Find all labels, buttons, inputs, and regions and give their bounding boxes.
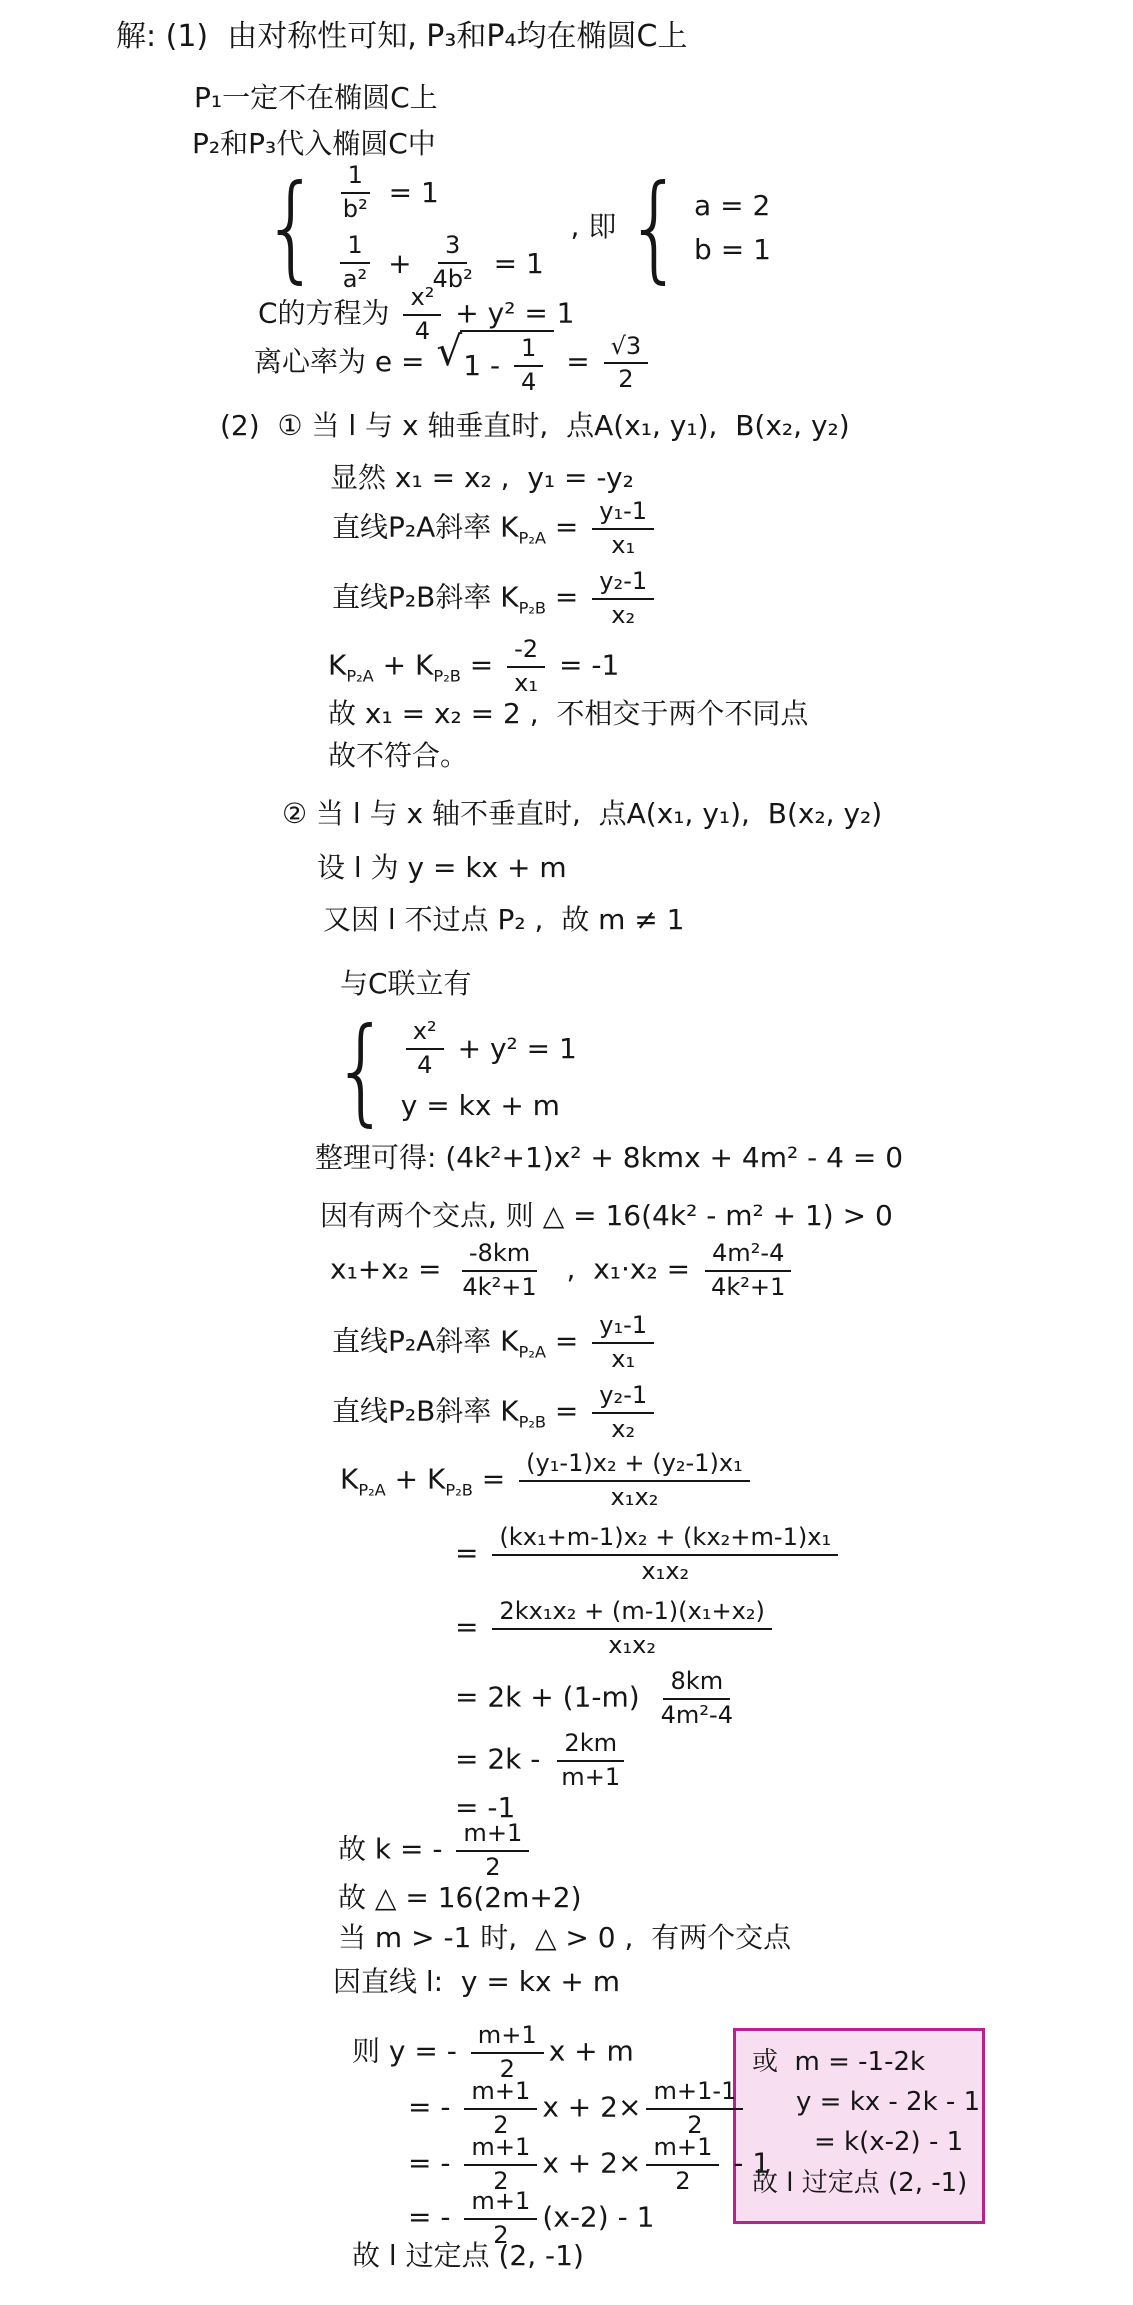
math-line-33: 因直线 l: y = kx + m <box>333 1964 620 1999</box>
fraction: m+12 <box>471 2022 544 2083</box>
fraction: √32 <box>604 333 649 394</box>
math-line-19: 整理可得: (4k²+1)x² + 8kmx + 4m² - 4 = 0 <box>315 1140 903 1175</box>
text-run: 或 m = -1-2k <box>752 2047 925 2077</box>
radicand: 1 - 14 <box>460 330 554 396</box>
math-line-16: 又因 l 不过点 P₂ , 故 m ≠ 1 <box>323 902 684 937</box>
text-run: (y₁-1)x₂ + (y₂-1)x₁ <box>526 1449 743 1477</box>
fraction-numerator: 1 <box>341 162 370 194</box>
math-line-18: {x²4 + y² = 1y = kx + m <box>332 1018 577 1123</box>
text-run: = <box>546 1325 587 1358</box>
text-run: m+1 <box>653 2133 712 2161</box>
system-brace-icon: { <box>262 176 321 280</box>
radical-sign: √ <box>436 330 462 373</box>
system-row: a = 2 <box>694 188 770 223</box>
fraction-numerator: m+1 <box>464 2078 537 2110</box>
note-line-1: 或 m = -1-2k <box>752 2047 966 2078</box>
text-run: 直线P₂B斜率 K <box>332 1395 519 1428</box>
text-run: K <box>328 649 346 682</box>
fraction: 2kmm+1 <box>554 1730 627 1791</box>
text-run: 4m²-4 <box>712 1239 784 1267</box>
subscript: P₂A <box>519 1342 546 1361</box>
text-run: 1 <box>521 334 536 362</box>
text-run: = 2k + (1-m) <box>455 1681 649 1714</box>
system-rows: 1b² = 11a² + 34b² = 1 <box>331 162 544 294</box>
text-run: , x₁·x₂ = <box>549 1253 699 1286</box>
fraction: 14 <box>514 335 543 396</box>
subscript: P₂B <box>445 1480 472 1499</box>
text-run: 8km <box>670 1667 723 1695</box>
math-line-35: = - m+12x + 2×m+1-12 <box>408 2078 748 2139</box>
text-run: 故 △ = 16(2m+2) <box>338 1881 582 1914</box>
text-run: 2 <box>485 1853 500 1881</box>
text-run: y₂-1 <box>599 1381 647 1409</box>
math-line-24: KP₂A + KP₂B = (y₁-1)x₂ + (y₂-1)x₁x₁x₂ <box>340 1450 755 1511</box>
text-run: = <box>461 649 502 682</box>
text-run: m+1 <box>471 2133 530 2161</box>
math-line-11: KP₂A + KP₂B = -2x₁ = -1 <box>328 636 619 697</box>
text-run: = - <box>408 2147 459 2180</box>
fraction-numerator: y₂-1 <box>592 1382 654 1414</box>
fraction: 8km4m²-4 <box>654 1668 740 1729</box>
note-line-2: y = kx - 2k - 1 <box>796 2087 966 2118</box>
fraction-numerator: 1 <box>340 232 369 264</box>
fraction-numerator: (kx₁+m-1)x₂ + (kx₂+m-1)x₁ <box>492 1524 838 1556</box>
subscript: P₂B <box>519 1412 546 1431</box>
text-run: m+1 <box>463 1819 522 1847</box>
fraction-denominator: 2 <box>478 1852 507 1882</box>
math-line-32: 当 m > -1 时, △ > 0 , 有两个交点 <box>338 1920 791 1955</box>
fraction-denominator: x₁x₂ <box>601 1630 663 1660</box>
text-run: x² <box>410 283 434 311</box>
text-run: = <box>546 1395 587 1428</box>
math-line-1: 解: (1) 由对称性可知, P₃和P₄均在椭圆C上 <box>116 18 687 56</box>
text-run: x₁ <box>514 669 538 697</box>
text-run: 3 <box>445 231 460 259</box>
fraction: m+12 <box>646 2134 719 2195</box>
fraction-denominator: x₁x₂ <box>634 1556 696 1586</box>
fraction: 4m²-44k²+1 <box>704 1240 792 1301</box>
note-line-3: = k(x-2) - 1 <box>814 2127 966 2158</box>
text-run: 4 <box>521 368 536 396</box>
text-run: y₂-1 <box>599 567 647 595</box>
text-run: 离心率为 e = <box>254 345 433 378</box>
fraction-denominator: 4 <box>410 1050 439 1080</box>
text-run: 直线P₂A斜率 K <box>332 1325 519 1358</box>
text-run: 故 l 过定点 (2, -1) <box>752 2168 967 2198</box>
fraction-numerator: y₁-1 <box>592 1312 654 1344</box>
fraction: (kx₁+m-1)x₂ + (kx₂+m-1)x₁x₁x₂ <box>492 1524 838 1585</box>
fraction-numerator: x² <box>403 284 441 316</box>
subscript: P₂A <box>346 666 373 685</box>
system-rows: x²4 + y² = 1y = kx + m <box>401 1018 577 1123</box>
text-run: 与C联立有 <box>340 967 472 1000</box>
fraction: 2kx₁x₂ + (m-1)(x₁+x₂)x₁x₂ <box>492 1598 772 1659</box>
fraction-numerator: x² <box>406 1018 444 1050</box>
text-run: 2kx₁x₂ + (m-1)(x₁+x₂) <box>499 1597 765 1625</box>
fraction: y₂-1x₂ <box>592 1382 654 1443</box>
fraction-denominator: 4m²-4 <box>654 1700 740 1730</box>
fraction-denominator: 4k²+1 <box>704 1272 792 1302</box>
text-run: y₁-1 <box>599 1311 647 1339</box>
fraction-denominator: x₁ <box>604 530 642 560</box>
fraction-denominator: b² <box>336 194 375 224</box>
math-line-12: 故 x₁ = x₂ = 2 , 不相交于两个不同点 <box>328 696 808 731</box>
fraction-numerator: m+1 <box>471 2022 544 2054</box>
fraction-denominator: x₁x₂ <box>604 1482 666 1512</box>
text-run: 故不符合。 <box>328 739 468 772</box>
note-line-4: 故 l 过定点 (2, -1) <box>752 2168 966 2199</box>
fraction-numerator: 1 <box>514 335 543 367</box>
subscript: P₂B <box>519 598 546 617</box>
text-run: = <box>546 511 587 544</box>
text-run: 又因 l 不过点 P₂ , 故 m ≠ 1 <box>323 903 684 936</box>
text-run: + y² = 1 <box>449 1031 577 1066</box>
fraction-numerator: m+1-1 <box>646 2078 743 2110</box>
text-run: 2km <box>564 1729 617 1757</box>
text-run: x₂ <box>611 601 635 629</box>
equation-system: {1b² = 11a² + 34b² = 1 <box>262 162 544 294</box>
text-run: 显然 x₁ = x₂ , y₁ = -y₂ <box>330 461 634 494</box>
system-row: x²4 + y² = 1 <box>401 1018 577 1079</box>
math-line-27: = 2k + (1-m) 8km4m²-4 <box>455 1668 745 1729</box>
text-run: = -1 <box>550 649 619 682</box>
text-run: = <box>455 1537 487 1570</box>
fraction: -2x₁ <box>507 636 545 697</box>
text-run: 故 k = - <box>338 1833 451 1866</box>
text-run: = 2k - <box>455 1743 549 1776</box>
fraction: y₁-1x₁ <box>592 498 654 559</box>
fraction-denominator: m+1 <box>554 1762 627 1792</box>
math-line-2: P₁一定不在椭圆C上 <box>194 80 438 115</box>
text-run: 因有两个交点, 则 △ = 16(4k² - m² + 1) > 0 <box>320 1199 893 1232</box>
fraction-denominator: x₂ <box>604 600 642 630</box>
system-row: y = kx + m <box>401 1088 560 1123</box>
text-run: -8km <box>469 1239 530 1267</box>
text-run: m+1-1 <box>653 2077 736 2105</box>
text-run: P₁一定不在椭圆C上 <box>194 81 438 114</box>
text-run: x₂ <box>611 1415 635 1443</box>
fraction: m+12 <box>464 2078 537 2139</box>
text-run: 设 l 为 y = kx + m <box>317 851 567 884</box>
text-run: 1 - <box>463 348 509 383</box>
text-run: K <box>340 1463 358 1496</box>
text-run: = 1 <box>485 246 544 281</box>
system-rows: a = 2b = 1 <box>694 188 771 267</box>
text-run: 2 <box>618 365 633 393</box>
text-run: a = 2 <box>694 188 770 223</box>
text-run: (x-2) - 1 <box>542 2201 654 2234</box>
text-run: x₁ <box>611 1345 635 1373</box>
text-run: 解: (1) 由对称性可知, P₃和P₄均在椭圆C上 <box>116 19 687 54</box>
math-line-6: 离心率为 e = √1 - 14 = √32 <box>254 330 653 396</box>
text-run: = <box>557 345 598 378</box>
text-run: x₁x₂ <box>611 1483 659 1511</box>
math-line-28: = 2k - 2kmm+1 <box>455 1730 632 1791</box>
fraction-denominator: x₁ <box>507 668 545 698</box>
text-run: + K <box>374 649 434 682</box>
fraction-numerator: √3 <box>604 333 649 365</box>
math-line-23: 直线P₂B斜率 KP₂B = y₂-1x₂ <box>332 1382 659 1443</box>
text-run: x₁ <box>611 531 635 559</box>
system-brace-icon: { <box>625 176 684 280</box>
fraction: 1b² <box>336 162 375 223</box>
text-run: m+1 <box>471 2187 530 2215</box>
fraction: m+12 <box>456 1820 529 1881</box>
text-run: + <box>379 246 420 281</box>
fraction-numerator: 2kx₁x₂ + (m-1)(x₁+x₂) <box>492 1598 772 1630</box>
subscript: P₂B <box>433 666 460 685</box>
math-line-36: = - m+12x + 2×m+12 - 1 <box>408 2134 770 2195</box>
math-line-34: 则 y = - m+12x + m <box>352 2022 634 2083</box>
equation-system: {a = 2b = 1 <box>625 186 771 269</box>
text-run: 2 <box>675 2167 690 2195</box>
text-run: 直线P₂B斜率 K <box>332 581 519 614</box>
text-run: 4m²-4 <box>661 1701 733 1729</box>
math-line-25: = (kx₁+m-1)x₂ + (kx₂+m-1)x₁x₁x₂ <box>455 1524 843 1585</box>
fraction-numerator: y₁-1 <box>592 498 654 530</box>
system-brace-icon: { <box>332 1019 391 1123</box>
text-run: x₁x₂ <box>608 1631 656 1659</box>
text-run: m+1 <box>478 2021 537 2049</box>
text-run: = - <box>408 2201 459 2234</box>
text-run: = <box>546 581 587 614</box>
text-run: x + 2× <box>542 2091 641 2124</box>
text-run: √3 <box>611 332 642 360</box>
square-root: √1 - 14 <box>436 330 554 396</box>
text-run: 1 <box>347 231 362 259</box>
text-run: 则 y = - <box>352 2035 466 2068</box>
text-run: , 即 <box>544 210 625 243</box>
fraction-numerator: -2 <box>507 636 545 668</box>
text-run: 4k²+1 <box>711 1273 785 1301</box>
text-run: (kx₁+m-1)x₂ + (kx₂+m-1)x₁ <box>499 1523 831 1551</box>
fraction: y₂-1x₂ <box>592 568 654 629</box>
text-run: x² <box>413 1017 437 1045</box>
fraction-denominator: 4 <box>514 367 543 397</box>
text-run: x₁x₂ <box>641 1557 689 1585</box>
text-run: x + m <box>549 2035 634 2068</box>
text-run: 因直线 l: y = kx + m <box>333 1965 620 1998</box>
text-run: = 1 <box>380 175 439 210</box>
fraction-numerator: 4m²-4 <box>705 1240 791 1272</box>
fraction-numerator: y₂-1 <box>592 568 654 600</box>
fraction: x²4 <box>406 1018 444 1079</box>
text-run: m+1 <box>471 2077 530 2105</box>
handwritten-worksheet: 或 m = -1-2ky = kx - 2k - 1= k(x-2) - 1故 … <box>0 0 1133 2305</box>
math-line-10: 直线P₂B斜率 KP₂B = y₂-1x₂ <box>332 568 659 629</box>
text-run: y = kx - 2k - 1 <box>796 2087 980 2117</box>
fraction-denominator: 2 <box>668 2166 697 2196</box>
math-line-4: {1b² = 11a² + 34b² = 1 , 即 {a = 2b = 1 <box>262 162 771 294</box>
text-run: = - <box>408 2091 459 2124</box>
math-line-3: P₂和P₃代入椭圆C中 <box>192 126 436 161</box>
text-run: 故 x₁ = x₂ = 2 , 不相交于两个不同点 <box>328 697 808 730</box>
fraction-numerator: 3 <box>438 232 467 264</box>
math-line-7: (2) ① 当 l 与 x 轴垂直时, 点A(x₁, y₁), B(x₂, y₂… <box>220 408 850 443</box>
text-run: = <box>473 1463 514 1496</box>
fraction-numerator: m+1 <box>646 2134 719 2166</box>
text-run: + y² = 1 <box>446 297 574 330</box>
text-run: ② 当 l 与 x 轴不垂直时, 点A(x₁, y₁), B(x₂, y₂) <box>282 797 882 830</box>
system-row: 1b² = 1 <box>331 162 439 223</box>
text-run: m+1 <box>561 1763 620 1791</box>
math-line-30: 故 k = - m+12 <box>338 1820 534 1881</box>
text-run: x₁+x₂ = <box>330 1253 450 1286</box>
fraction-numerator: m+1 <box>456 1820 529 1852</box>
fraction-numerator: 2km <box>557 1730 624 1762</box>
fraction: -8km4k²+1 <box>455 1240 543 1301</box>
text-run: b² <box>343 195 368 223</box>
text-run: y = kx + m <box>401 1088 560 1123</box>
text-run: 直线P₂A斜率 K <box>332 511 519 544</box>
fraction-numerator: m+1 <box>464 2134 537 2166</box>
fraction: m+1-12 <box>646 2078 743 2139</box>
math-line-9: 直线P₂A斜率 KP₂A = y₁-1x₁ <box>332 498 659 559</box>
fraction-numerator: m+1 <box>464 2188 537 2220</box>
math-line-13: 故不符合。 <box>328 738 468 773</box>
note-box: 或 m = -1-2ky = kx - 2k - 1= k(x-2) - 1故 … <box>733 2028 985 2224</box>
math-line-20: 因有两个交点, 则 △ = 16(4k² - m² + 1) > 0 <box>320 1198 893 1233</box>
fraction-denominator: 2 <box>611 364 640 394</box>
text-run: x + 2× <box>542 2147 641 2180</box>
text-run: y₁-1 <box>599 497 647 525</box>
text-run: 4 <box>417 1051 432 1079</box>
math-line-15: 设 l 为 y = kx + m <box>317 850 567 885</box>
math-line-8: 显然 x₁ = x₂ , y₁ = -y₂ <box>330 460 634 495</box>
text-run: 故 l 过定点 (2, -1) <box>352 2239 584 2272</box>
fraction-denominator: 4k²+1 <box>455 1272 543 1302</box>
text-run: 1 <box>348 161 363 189</box>
math-line-38: 故 l 过定点 (2, -1) <box>352 2238 584 2273</box>
text-run: P₂和P₃代入椭圆C中 <box>192 127 436 160</box>
text-run: = k(x-2) - 1 <box>814 2127 963 2157</box>
fraction: (y₁-1)x₂ + (y₂-1)x₁x₁x₂ <box>519 1450 750 1511</box>
math-line-26: = 2kx₁x₂ + (m-1)(x₁+x₂)x₁x₂ <box>455 1598 777 1659</box>
subscript: P₂A <box>358 1480 385 1499</box>
fraction: y₁-1x₁ <box>592 1312 654 1373</box>
text-run: = <box>455 1611 487 1644</box>
math-line-31: 故 △ = 16(2m+2) <box>338 1880 582 1915</box>
fraction-numerator: 8km <box>663 1668 730 1700</box>
text-run: (2) ① 当 l 与 x 轴垂直时, 点A(x₁, y₁), B(x₂, y₂… <box>220 409 850 442</box>
fraction-denominator: x₁ <box>604 1344 642 1374</box>
text-run: 整理可得: (4k²+1)x² + 8kmx + 4m² - 4 = 0 <box>315 1141 903 1174</box>
text-run: + K <box>386 1463 446 1496</box>
math-line-21: x₁+x₂ = -8km4k²+1 , x₁·x₂ = 4m²-44k²+1 <box>330 1240 797 1301</box>
math-line-22: 直线P₂A斜率 KP₂A = y₁-1x₁ <box>332 1312 659 1373</box>
equation-system: {x²4 + y² = 1y = kx + m <box>332 1018 577 1123</box>
system-row: b = 1 <box>694 232 771 267</box>
text-run: 当 m > -1 时, △ > 0 , 有两个交点 <box>338 1921 791 1954</box>
text-run: b = 1 <box>694 232 771 267</box>
math-line-14: ② 当 l 与 x 轴不垂直时, 点A(x₁, y₁), B(x₂, y₂) <box>282 796 882 831</box>
math-line-17: 与C联立有 <box>340 966 472 1001</box>
text-run: -2 <box>514 635 538 663</box>
text-run: C的方程为 <box>258 297 398 330</box>
fraction-denominator: x₂ <box>604 1414 642 1444</box>
fraction-numerator: (y₁-1)x₂ + (y₂-1)x₁ <box>519 1450 750 1482</box>
text-run: - 1 <box>724 2147 770 2180</box>
text-run: 4k²+1 <box>462 1273 536 1301</box>
subscript: P₂A <box>519 528 546 547</box>
fraction-numerator: -8km <box>462 1240 537 1272</box>
